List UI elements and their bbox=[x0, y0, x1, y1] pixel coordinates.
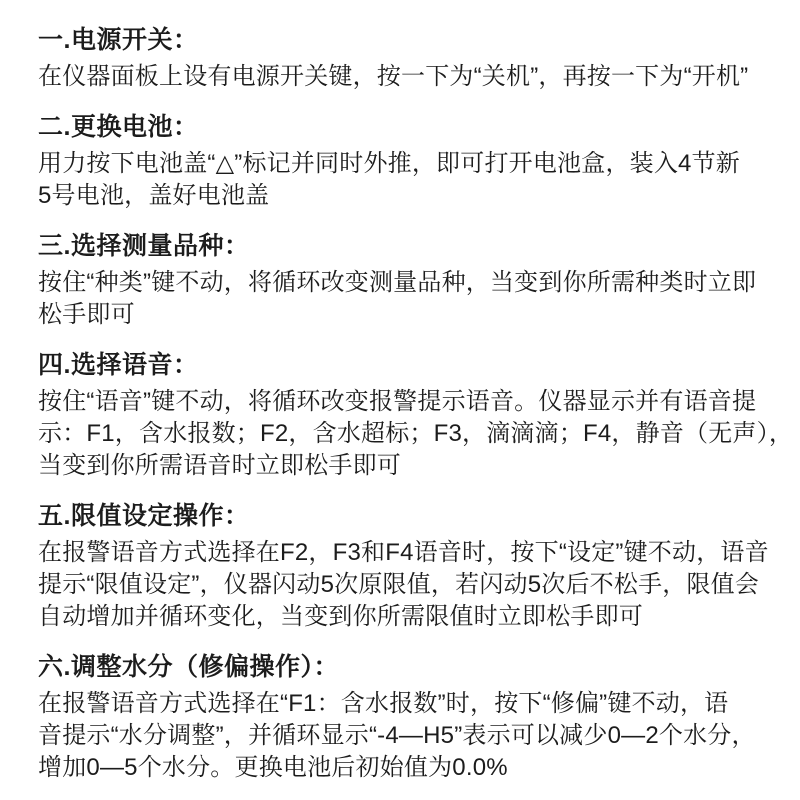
section-adjust-moisture-line-3: 增加0—5个水分。更换电池后初始值为0.0% bbox=[38, 752, 770, 784]
section-adjust-moisture-heading: 六.调整水分（修偏操作）： bbox=[38, 649, 770, 685]
instruction-document: 一.电源开关： 在仪器面板上设有电源开关键，按一下为“关机”，再按一下为“开机”… bbox=[0, 0, 800, 800]
section-select-voice-line-3: 当变到你所需语音时立即松手即可 bbox=[38, 450, 770, 482]
section-limit-setting-line-3: 自动增加并循环变化，当变到你所需限值时立即松手即可 bbox=[38, 601, 770, 633]
section-adjust-moisture-line-2: 音提示“水分调整”，并循环显示“-4—H5”表示可以减少0—2个水分， bbox=[38, 720, 770, 752]
section-select-voice-line-2: 示：F1，含水报数；F2，含水超标；F3，滴滴滴；F4，静音（无声）， bbox=[38, 418, 770, 450]
section-power-switch: 一.电源开关： 在仪器面板上设有电源开关键，按一下为“关机”，再按一下为“开机” bbox=[38, 22, 770, 93]
section-limit-setting-line-1: 在报警语音方式选择在F2，F3和F4语音时，按下“设定”键不动，语音 bbox=[38, 537, 770, 569]
section-replace-battery: 二.更换电池： 用力按下电池盖“△”标记并同时外推，即可打开电池盒，装入4节新 … bbox=[38, 109, 770, 212]
section-select-voice-heading: 四.选择语音： bbox=[38, 347, 770, 383]
section-select-measure-type-line-1: 按住“种类”键不动，将循环改变测量品种，当变到你所需种类时立即 bbox=[38, 267, 770, 299]
section-power-switch-line-1: 在仪器面板上设有电源开关键，按一下为“关机”，再按一下为“开机” bbox=[38, 61, 770, 93]
section-power-switch-heading: 一.电源开关： bbox=[38, 22, 770, 58]
section-limit-setting-line-2: 提示“限值设定”，仪器闪动5次原限值，若闪动5次后不松手，限值会 bbox=[38, 569, 770, 601]
section-adjust-moisture-line-1: 在报警语音方式选择在“F1：含水报数”时，按下“修偏”键不动，语 bbox=[38, 688, 770, 720]
section-limit-setting: 五.限值设定操作： 在报警语音方式选择在F2，F3和F4语音时，按下“设定”键不… bbox=[38, 498, 770, 633]
section-adjust-moisture: 六.调整水分（修偏操作）： 在报警语音方式选择在“F1：含水报数”时，按下“修偏… bbox=[38, 649, 770, 784]
section-select-measure-type-heading: 三.选择测量品种： bbox=[38, 228, 770, 264]
section-select-measure-type-line-2: 松手即可 bbox=[38, 299, 770, 331]
section-select-measure-type: 三.选择测量品种： 按住“种类”键不动，将循环改变测量品种，当变到你所需种类时立… bbox=[38, 228, 770, 331]
section-replace-battery-line-1: 用力按下电池盖“△”标记并同时外推，即可打开电池盒，装入4节新 bbox=[38, 148, 770, 180]
section-select-voice-line-1: 按住“语音”键不动，将循环改变报警提示语音。仪器显示并有语音提 bbox=[38, 386, 770, 418]
section-limit-setting-heading: 五.限值设定操作： bbox=[38, 498, 770, 534]
section-replace-battery-heading: 二.更换电池： bbox=[38, 109, 770, 145]
section-replace-battery-line-2: 5号电池，盖好电池盖 bbox=[38, 180, 770, 212]
section-select-voice: 四.选择语音： 按住“语音”键不动，将循环改变报警提示语音。仪器显示并有语音提 … bbox=[38, 347, 770, 482]
